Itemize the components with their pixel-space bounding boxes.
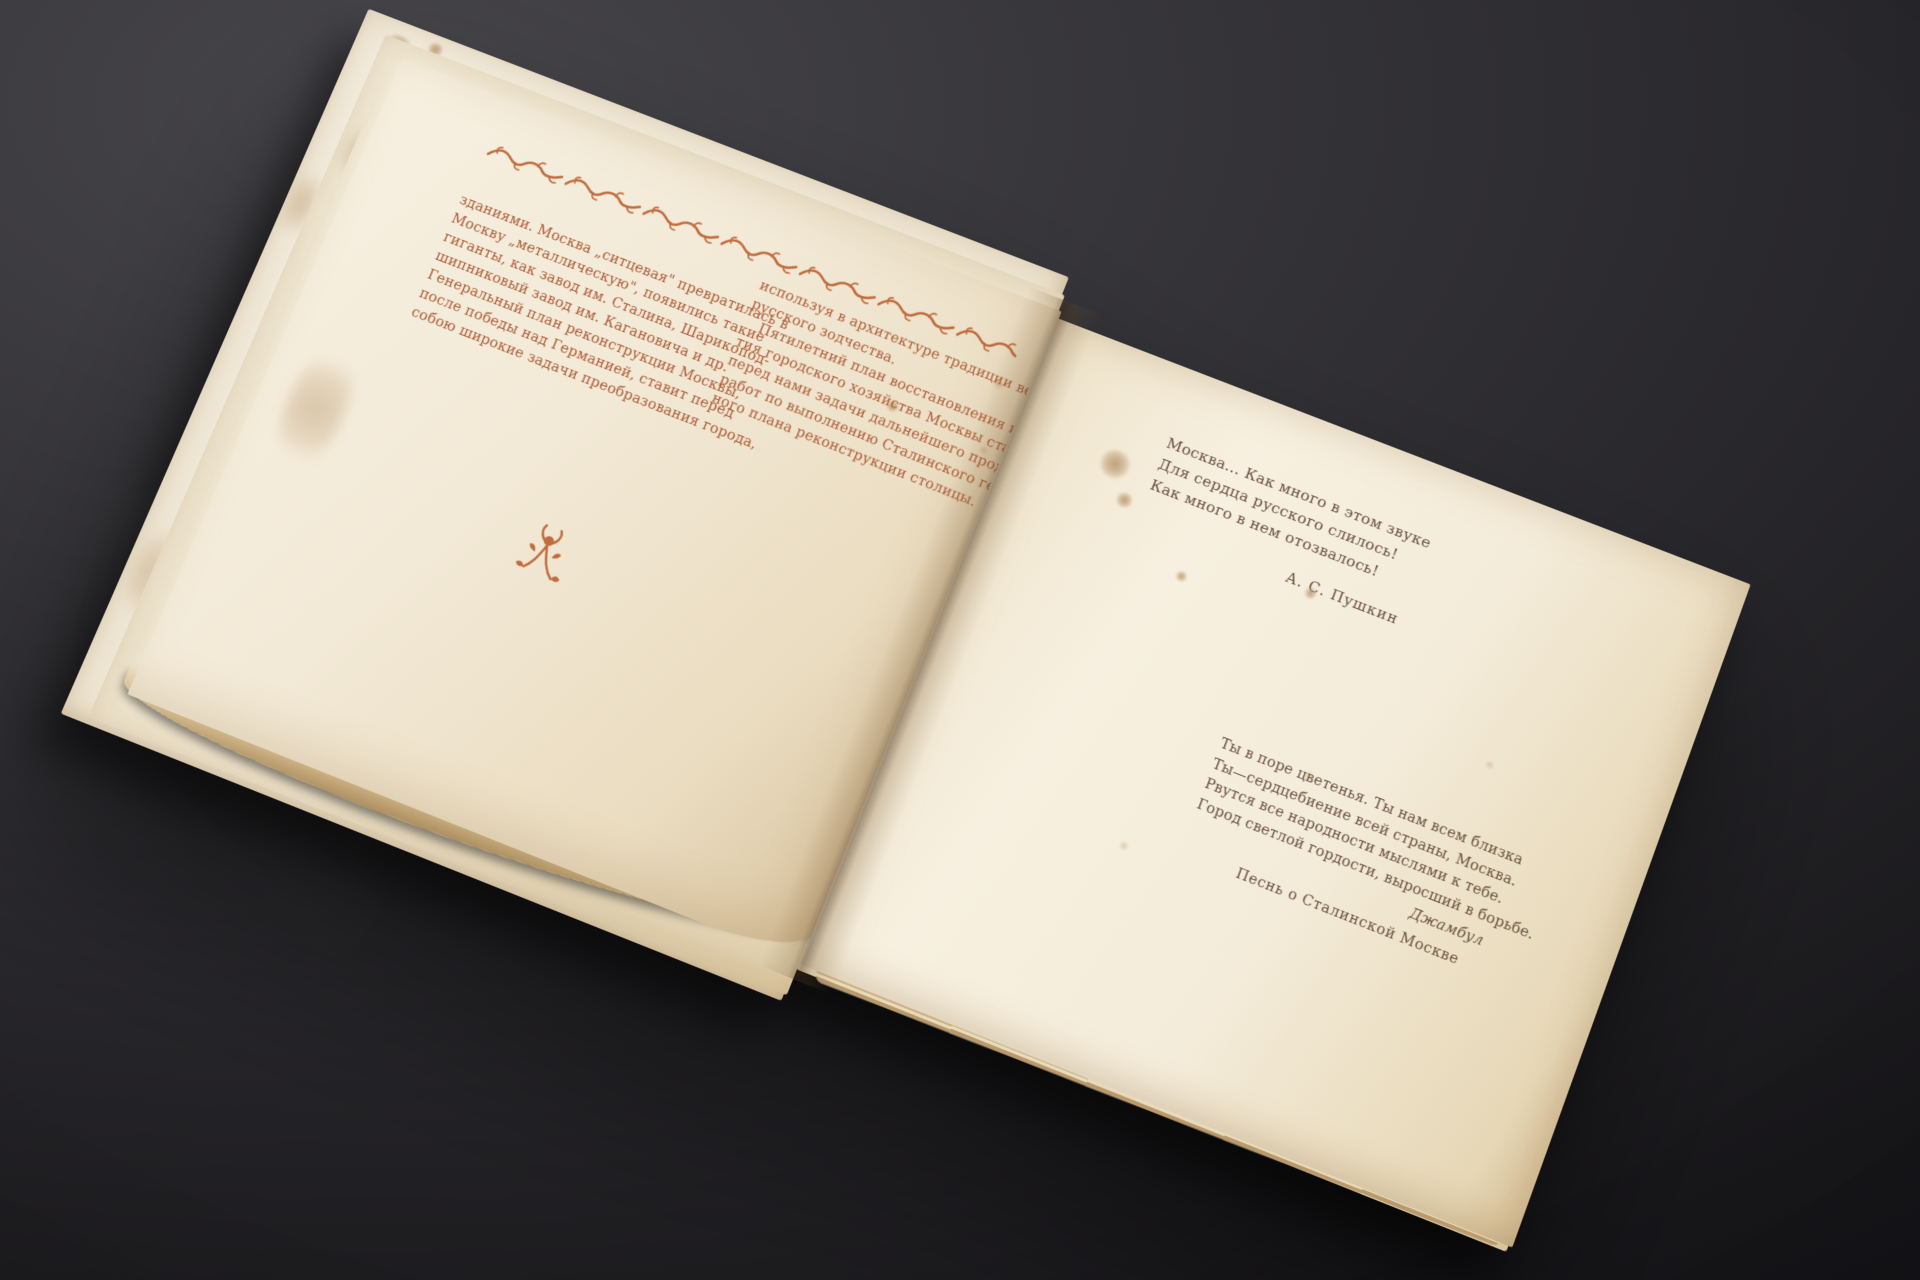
- jambul-poem: Ты в поре цветенья. Ты нам всем близкаТы…: [1176, 734, 1559, 994]
- pushkin-quote: Москва... Как много в этом звукеДля серд…: [1133, 432, 1434, 632]
- open-book: зданиями. Москва „ситцевая" превратилась…: [122, 59, 1754, 1260]
- left-text-column-2: используя в архитектуре традиции великог…: [698, 276, 1022, 536]
- vine-ornament-icon: [483, 141, 567, 190]
- foxing-stain: [1174, 569, 1189, 583]
- foxing-stain: [1094, 444, 1136, 483]
- vine-ornament-icon: [639, 200, 723, 249]
- foxing-stain: [1118, 840, 1131, 852]
- foxing-stain: [261, 335, 370, 483]
- foxing-stain: [1484, 759, 1495, 770]
- vine-ornament-icon: [717, 231, 802, 280]
- vine-ornament-icon: [561, 171, 645, 220]
- fleuron-ornament: [502, 514, 585, 596]
- fleuron-icon: [503, 514, 585, 592]
- foxing-stain: [1113, 490, 1135, 511]
